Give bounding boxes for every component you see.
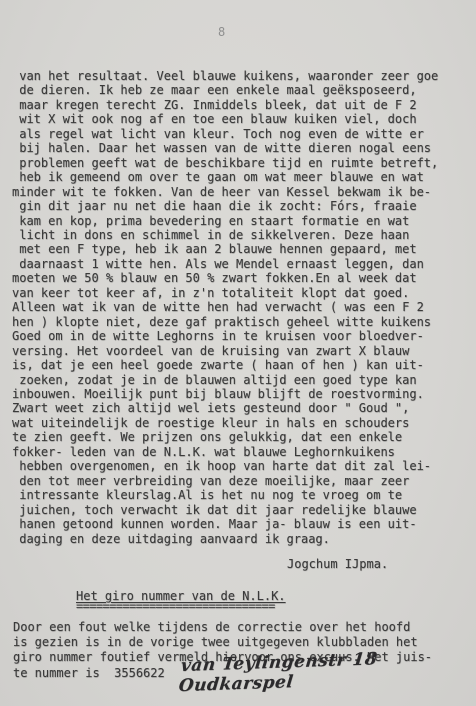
giro-heading-underline: ============================== (76, 599, 275, 613)
author-signature: Jogchum IJpma. (287, 557, 388, 571)
scanned-document-page: 8 van het resultaat. Veel blauwe kuikens… (0, 0, 476, 706)
page-number: 8 (218, 25, 225, 39)
article-body-text: van het resultaat. Veel blauwe kuikens, … (12, 69, 438, 546)
